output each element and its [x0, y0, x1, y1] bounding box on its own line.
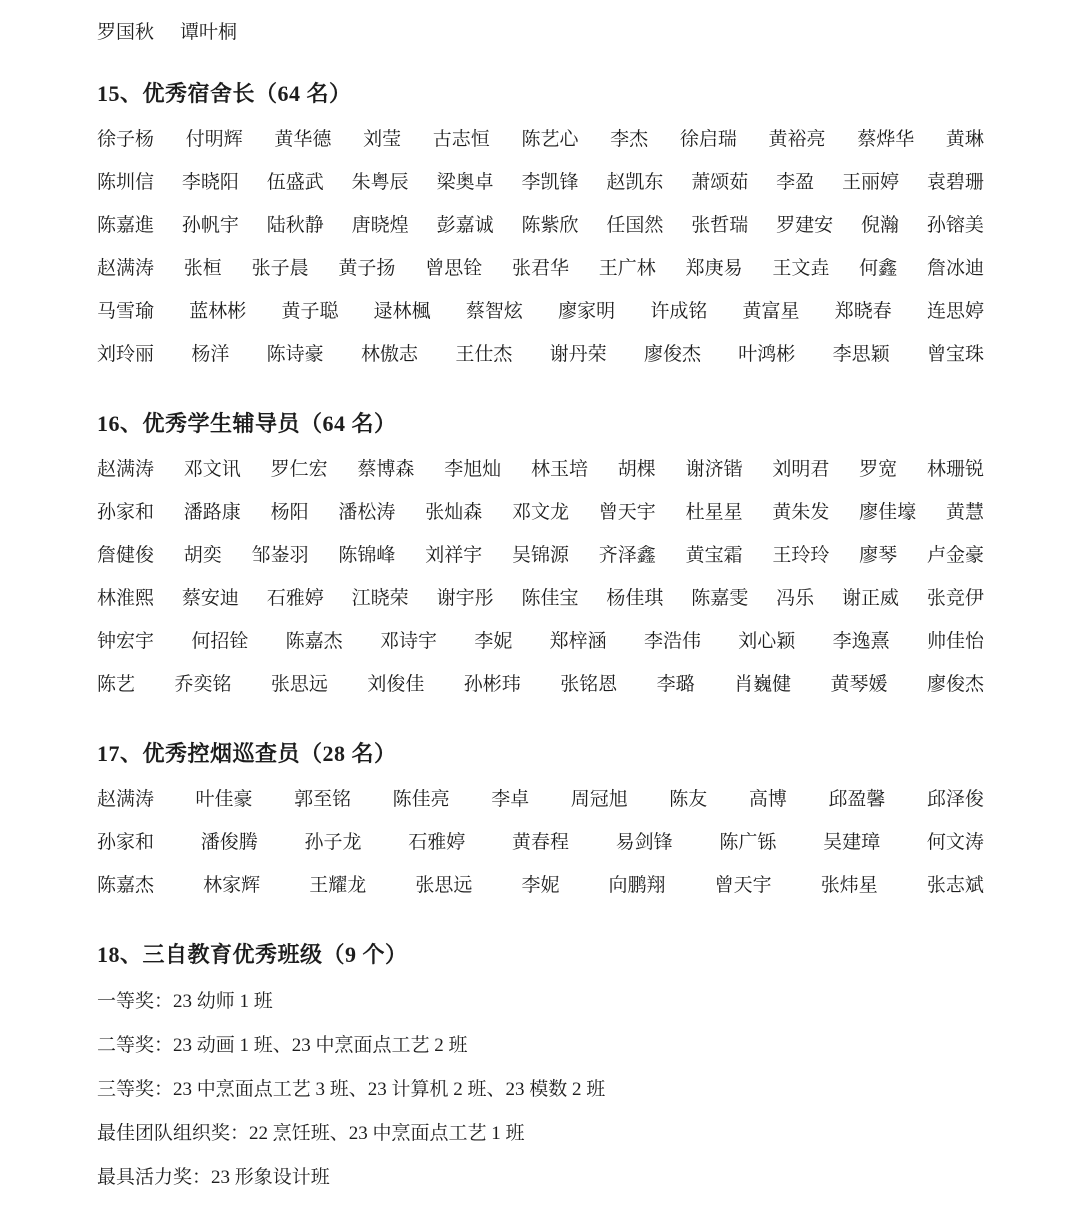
person-name: 陆秋静	[267, 210, 324, 237]
person-name: 谢宇彤	[437, 583, 494, 610]
person-name: 何招铨	[191, 626, 248, 653]
person-name: 黄朱发	[772, 497, 829, 524]
person-name: 孙子龙	[304, 827, 361, 854]
person-name: 黄子扬	[338, 253, 395, 280]
section: 18、三自教育优秀班级（9 个）一等奖：23 幼师 1 班二等奖：23 动画 1…	[97, 941, 984, 1197]
person-name: 廖佳壕	[859, 497, 916, 524]
person-name: 郑梓涵	[550, 626, 607, 653]
person-name: 陈锦峰	[338, 540, 395, 567]
person-name: 邓文讯	[184, 454, 241, 481]
person-name: 陈广铄	[719, 827, 776, 854]
person-name: 谢丹荣	[550, 339, 607, 366]
person-name: 任国然	[606, 210, 663, 237]
person-name: 蔡博森	[357, 454, 414, 481]
person-name: 张子晨	[252, 253, 309, 280]
name-row: 孙家和潘路康杨阳潘松涛张灿森邓文龙曾天宇杜星星黄朱发廖佳壕黄慧	[97, 489, 984, 532]
person-name: 张哲瑞	[691, 210, 748, 237]
name-row: 赵满涛张桓张子晨黄子扬曾思铨张君华王广林郑庚易王文垚何鑫詹冰迪	[97, 245, 984, 288]
person-name: 朱粤辰	[352, 167, 409, 194]
person-name: 林淮熙	[97, 583, 154, 610]
person-name: 张君华	[512, 253, 569, 280]
person-name: 逯林楓	[374, 296, 431, 323]
person-name: 张铭恩	[560, 669, 617, 696]
person-name: 彭嘉诚	[437, 210, 494, 237]
person-name: 向鹏翔	[609, 870, 666, 897]
person-name: 黄琳	[946, 124, 984, 151]
person-name: 陈嘉杰	[97, 870, 154, 897]
person-name: 刘俊佳	[367, 669, 424, 696]
name-row: 刘玲丽杨洋陈诗豪林傲志王仕杰谢丹荣廖俊杰叶鸿彬李思颖曾宝珠	[97, 331, 984, 374]
person-name: 林玉培	[531, 454, 588, 481]
person-name: 赵满涛	[97, 253, 154, 280]
person-name: 陈嘉雯	[691, 583, 748, 610]
person-name: 冯乐	[776, 583, 814, 610]
person-name: 潘路康	[184, 497, 241, 524]
person-name: 蔡安迪	[182, 583, 239, 610]
person-name: 赵满涛	[97, 784, 154, 811]
person-name: 萧颂茹	[691, 167, 748, 194]
person-name: 曾思铨	[425, 253, 482, 280]
person-name: 乔奕铭	[174, 669, 231, 696]
person-name: 王丽婷	[842, 167, 899, 194]
person-name: 张灿森	[425, 497, 482, 524]
name-row: 詹健俊胡奕邹崟羽陈锦峰刘祥宇吴锦源齐泽鑫黄宝霜王玲玲廖琴卢金豪	[97, 532, 984, 575]
person-name: 帅佳怡	[927, 626, 984, 653]
section-title: 17、优秀控烟巡查员（28 名）	[97, 740, 984, 768]
sections-container: 15、优秀宿舍长（64 名）徐子杨付明辉黄华德刘莹古志恒陈艺心李杰徐启瑞黄裕亮蔡…	[97, 80, 984, 1197]
person-name: 李卓	[491, 784, 529, 811]
person-name: 陈嘉杰	[286, 626, 343, 653]
person-name: 陈圳信	[97, 167, 154, 194]
award-line: 最具活力奖：23 形象设计班	[97, 1153, 984, 1197]
person-name: 黄宝霜	[686, 540, 743, 567]
person-name: 陈佳宝	[521, 583, 578, 610]
person-name: 连思婷	[927, 296, 984, 323]
section: 16、优秀学生辅导员（64 名）赵满涛邓文讯罗仁宏蔡博森李旭灿林玉培胡棵谢济锴刘…	[97, 410, 984, 704]
person-name: 林珊锐	[927, 454, 984, 481]
person-name: 孙家和	[97, 827, 154, 854]
person-name: 叶鸿彬	[738, 339, 795, 366]
person-name: 肖巍健	[734, 669, 791, 696]
person-name: 邱泽俊	[927, 784, 984, 811]
person-name: 齐泽鑫	[599, 540, 656, 567]
person-name: 廖俊杰	[927, 669, 984, 696]
top-name: 罗国秋	[97, 22, 154, 44]
person-name: 李思颖	[833, 339, 890, 366]
person-name: 林傲志	[361, 339, 418, 366]
person-name: 蓝林彬	[189, 296, 246, 323]
award-line: 最佳团队组织奖：22 烹饪班、23 中烹面点工艺 1 班	[97, 1109, 984, 1153]
person-name: 孙镕美	[927, 210, 984, 237]
person-name: 陈友	[669, 784, 707, 811]
person-name: 易剑锋	[616, 827, 673, 854]
person-name: 邱盈馨	[828, 784, 885, 811]
person-name: 曾天宇	[715, 870, 772, 897]
person-name: 黄裕亮	[769, 124, 826, 151]
person-name: 钟宏宇	[97, 626, 154, 653]
person-name: 高博	[749, 784, 787, 811]
person-name: 邹崟羽	[252, 540, 309, 567]
person-name: 邓诗宇	[380, 626, 437, 653]
person-name: 王耀龙	[309, 870, 366, 897]
person-name: 廖琴	[859, 540, 897, 567]
section-title: 15、优秀宿舍长（64 名）	[97, 80, 984, 108]
person-name: 罗仁宏	[271, 454, 328, 481]
person-name: 李杰	[610, 124, 648, 151]
person-name: 杜星星	[686, 497, 743, 524]
person-name: 李妮	[474, 626, 512, 653]
name-row: 赵满涛邓文讯罗仁宏蔡博森李旭灿林玉培胡棵谢济锴刘明君罗宽林珊锐	[97, 446, 984, 489]
person-name: 倪瀚	[861, 210, 899, 237]
person-name: 赵凯东	[606, 167, 663, 194]
person-name: 刘玲丽	[97, 339, 154, 366]
person-name: 张桓	[184, 253, 222, 280]
person-name: 孙彬玮	[464, 669, 521, 696]
award-line: 三等奖：23 中烹面点工艺 3 班、23 计算机 2 班、23 模数 2 班	[97, 1065, 984, 1109]
person-name: 陈佳亮	[393, 784, 450, 811]
person-name: 李妮	[521, 870, 559, 897]
person-name: 李旭灿	[444, 454, 501, 481]
person-name: 刘祥宇	[425, 540, 482, 567]
name-row: 陈嘉進孙帆宇陆秋静唐晓煌彭嘉诚陈紫欣任国然张哲瑞罗建安倪瀚孙镕美	[97, 202, 984, 245]
person-name: 何鑫	[859, 253, 897, 280]
person-name: 邓文龙	[512, 497, 569, 524]
person-name: 伍盛武	[267, 167, 324, 194]
person-name: 李盈	[776, 167, 814, 194]
person-name: 王玲玲	[772, 540, 829, 567]
person-name: 古志恒	[433, 124, 490, 151]
name-row: 赵满涛叶佳豪郭至铭陈佳亮李卓周冠旭陈友高博邱盈馨邱泽俊	[97, 776, 984, 819]
person-name: 刘心颖	[738, 626, 795, 653]
name-row: 陈艺乔奕铭张思远刘俊佳孙彬玮张铭恩李璐肖巍健黄琴媛廖俊杰	[97, 661, 984, 704]
person-name: 郭至铭	[294, 784, 351, 811]
person-name: 唐晓煌	[352, 210, 409, 237]
person-name: 梁奥卓	[437, 167, 494, 194]
person-name: 袁碧珊	[927, 167, 984, 194]
section: 17、优秀控烟巡查员（28 名）赵满涛叶佳豪郭至铭陈佳亮李卓周冠旭陈友高博邱盈馨…	[97, 740, 984, 905]
person-name: 杨洋	[191, 339, 229, 366]
person-name: 石雅婷	[408, 827, 465, 854]
person-name: 张竞伊	[927, 583, 984, 610]
person-name: 黄琴媛	[831, 669, 888, 696]
person-name: 徐启瑞	[680, 124, 737, 151]
person-name: 黄华德	[274, 124, 331, 151]
name-row: 陈嘉杰林家辉王耀龙张思远李妮向鹏翔曾天宇张炜星张志斌	[97, 862, 984, 905]
person-name: 詹健俊	[97, 540, 154, 567]
person-name: 杨阳	[271, 497, 309, 524]
top-name: 谭叶桐	[180, 22, 237, 44]
person-name: 黄子聪	[281, 296, 338, 323]
person-name: 付明辉	[186, 124, 243, 151]
section-title: 16、优秀学生辅导员（64 名）	[97, 410, 984, 438]
person-name: 周冠旭	[571, 784, 628, 811]
person-name: 卢金豪	[927, 540, 984, 567]
person-name: 张思远	[271, 669, 328, 696]
person-name: 陈艺心	[521, 124, 578, 151]
person-name: 许成铭	[650, 296, 707, 323]
person-name: 孙家和	[97, 497, 154, 524]
person-name: 李璐	[657, 669, 695, 696]
person-name: 王文垚	[772, 253, 829, 280]
person-name: 李逸熹	[833, 626, 890, 653]
person-name: 林家辉	[203, 870, 260, 897]
document-page: 罗国秋谭叶桐 15、优秀宿舍长（64 名）徐子杨付明辉黄华德刘莹古志恒陈艺心李杰…	[0, 0, 1080, 1215]
person-name: 廖俊杰	[644, 339, 701, 366]
person-name: 潘俊腾	[201, 827, 258, 854]
section: 15、优秀宿舍长（64 名）徐子杨付明辉黄华德刘莹古志恒陈艺心李杰徐启瑞黄裕亮蔡…	[97, 80, 984, 374]
person-name: 江晓荣	[352, 583, 409, 610]
award-line: 一等奖：23 幼师 1 班	[97, 977, 984, 1021]
person-name: 谢济锴	[686, 454, 743, 481]
person-name: 马雪瑜	[97, 296, 154, 323]
person-name: 吴建璋	[823, 827, 880, 854]
top-names-row: 罗国秋谭叶桐	[97, 22, 984, 44]
name-row: 马雪瑜蓝林彬黄子聪逯林楓蔡智炫廖家明许成铭黄富星郑晓春连思婷	[97, 288, 984, 331]
person-name: 黄慧	[946, 497, 984, 524]
person-name: 陈嘉進	[97, 210, 154, 237]
person-name: 廖家明	[558, 296, 615, 323]
person-name: 张思远	[415, 870, 472, 897]
person-name: 刘明君	[772, 454, 829, 481]
person-name: 詹冰迪	[927, 253, 984, 280]
person-name: 李浩伟	[644, 626, 701, 653]
person-name: 杨佳琪	[606, 583, 663, 610]
name-row: 徐子杨付明辉黄华德刘莹古志恒陈艺心李杰徐启瑞黄裕亮蔡烨华黄琳	[97, 116, 984, 159]
person-name: 张志斌	[927, 870, 984, 897]
person-name: 徐子杨	[97, 124, 154, 151]
person-name: 王广林	[599, 253, 656, 280]
person-name: 何文涛	[927, 827, 984, 854]
person-name: 蔡烨华	[857, 124, 914, 151]
person-name: 郑晓春	[835, 296, 892, 323]
person-name: 石雅婷	[267, 583, 324, 610]
award-line: 二等奖：23 动画 1 班、23 中烹面点工艺 2 班	[97, 1021, 984, 1065]
person-name: 曾天宇	[599, 497, 656, 524]
person-name: 谢正威	[842, 583, 899, 610]
person-name: 胡棵	[618, 454, 656, 481]
person-name: 黄富星	[743, 296, 800, 323]
person-name: 黄春程	[512, 827, 569, 854]
person-name: 曾宝珠	[927, 339, 984, 366]
person-name: 吴锦源	[512, 540, 569, 567]
person-name: 张炜星	[821, 870, 878, 897]
person-name: 叶佳豪	[196, 784, 253, 811]
person-name: 陈艺	[97, 669, 135, 696]
person-name: 郑庚易	[686, 253, 743, 280]
person-name: 赵满涛	[97, 454, 154, 481]
name-row: 陈圳信李晓阳伍盛武朱粤辰梁奥卓李凯锋赵凯东萧颂茹李盈王丽婷袁碧珊	[97, 159, 984, 202]
name-row: 孙家和潘俊腾孙子龙石雅婷黄春程易剑锋陈广铄吴建璋何文涛	[97, 819, 984, 862]
person-name: 王仕杰	[455, 339, 512, 366]
person-name: 陈紫欣	[521, 210, 578, 237]
person-name: 孙帆宇	[182, 210, 239, 237]
person-name: 陈诗豪	[267, 339, 324, 366]
person-name: 罗建安	[776, 210, 833, 237]
name-row: 林淮熙蔡安迪石雅婷江晓荣谢宇彤陈佳宝杨佳琪陈嘉雯冯乐谢正威张竞伊	[97, 575, 984, 618]
person-name: 潘松涛	[338, 497, 395, 524]
section-title: 18、三自教育优秀班级（9 个）	[97, 941, 984, 969]
person-name: 胡奕	[184, 540, 222, 567]
person-name: 蔡智炫	[466, 296, 523, 323]
name-row: 钟宏宇何招铨陈嘉杰邓诗宇李妮郑梓涵李浩伟刘心颖李逸熹帅佳怡	[97, 618, 984, 661]
person-name: 李凯锋	[521, 167, 578, 194]
person-name: 刘莹	[363, 124, 401, 151]
person-name: 罗宽	[859, 454, 897, 481]
person-name: 李晓阳	[182, 167, 239, 194]
